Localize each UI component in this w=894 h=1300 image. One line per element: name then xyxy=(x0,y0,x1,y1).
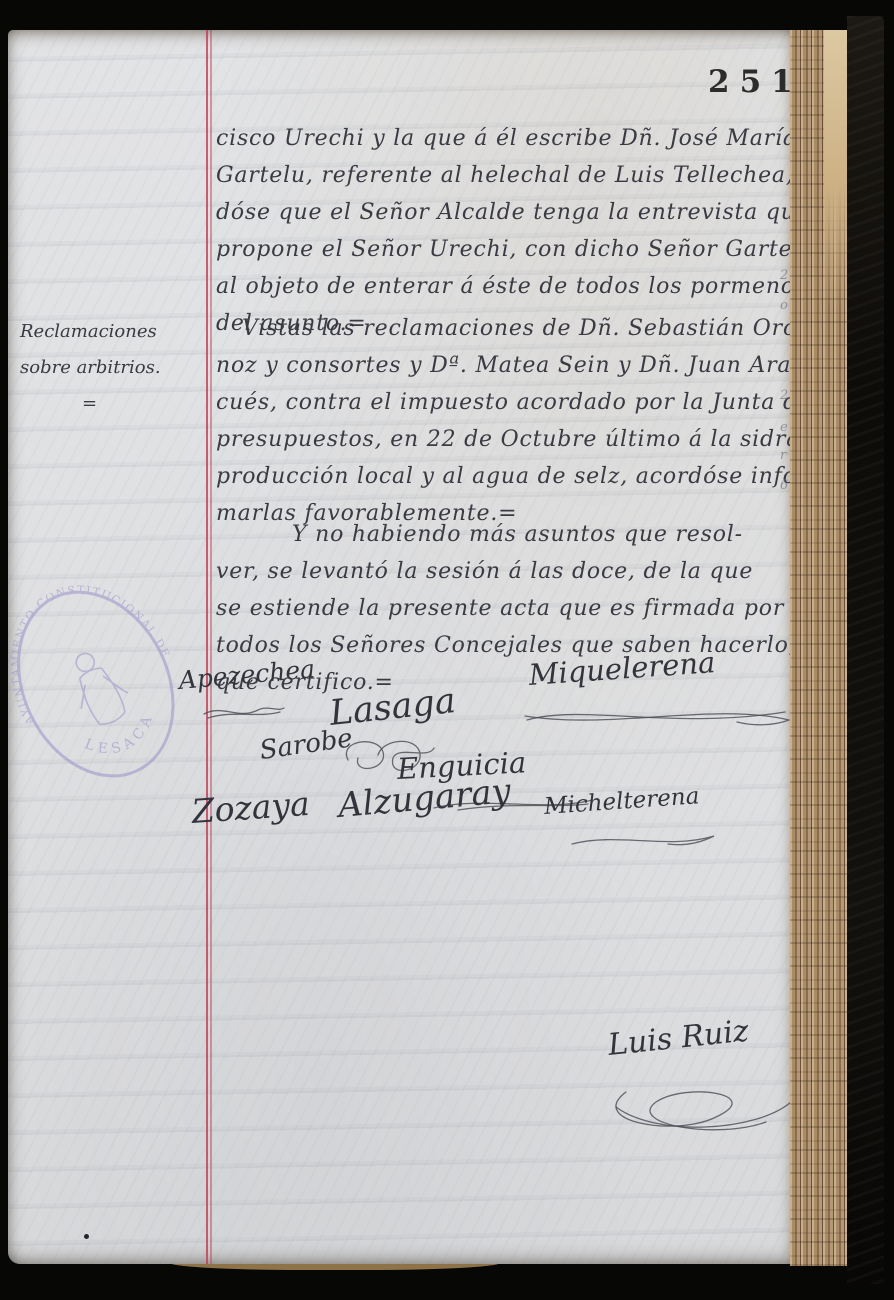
signature-zozaya: Zozaya xyxy=(190,784,311,831)
manuscript-page: 251 cisco Urechi y la que á él escribe D… xyxy=(8,30,790,1264)
text-line: cisco Urechi y la que á él escribe Dñ. J… xyxy=(216,120,791,157)
stamp-figure-emblem xyxy=(60,643,137,731)
signature-michelterena: Michelterena xyxy=(543,783,700,820)
text-line: noz y consortes y Dª. Matea Sein y Dñ. J… xyxy=(216,347,791,384)
edge-ink-mark: o xyxy=(780,298,788,313)
book-cover xyxy=(847,16,884,1284)
text-line: producción local y al agua de selz, acor… xyxy=(216,458,791,495)
edge-ink-mark: 2 xyxy=(780,268,788,283)
text-line: propone el Señor Urechi, con dicho Señor… xyxy=(216,231,791,268)
margin-rule xyxy=(206,30,208,1264)
marginal-note-line: sobre arbitrios. xyxy=(20,350,200,386)
page-corner-highlight xyxy=(824,30,848,310)
book-photo: 251 cisco Urechi y la que á él escribe D… xyxy=(0,0,894,1300)
text-line: dóse que el Señor Alcalde tenga la entre… xyxy=(216,194,791,231)
edge-ink-mark: 2 xyxy=(780,388,788,403)
edge-ink-mark: 6 xyxy=(780,478,788,493)
marginal-note: Reclamaciones sobre arbitrios. = xyxy=(20,314,200,422)
edge-ink-mark: e xyxy=(780,420,788,435)
paragraph-1: cisco Urechi y la que á él escribe Dñ. J… xyxy=(216,120,791,342)
text-line: Vistas las reclamaciones de Dñ. Sebastiá… xyxy=(216,310,791,347)
signature-luis-ruiz: Luis Ruiz xyxy=(606,1013,750,1063)
text-line: se estiende la presente acta que es firm… xyxy=(216,590,791,627)
marginal-note-line: Reclamaciones xyxy=(20,314,200,350)
text-line: presupuestos, en 22 de Octubre último á … xyxy=(216,421,791,458)
edge-ink-mark: r xyxy=(780,448,786,463)
text-line: Y no habiendo más asuntos que resol- xyxy=(216,516,791,553)
signature-alzugaray: Alzugaray xyxy=(337,771,513,826)
text-line: Gartelu, referente al helechal de Luis T… xyxy=(216,157,791,194)
signature-flourish xyxy=(523,700,793,734)
signature-flourish xyxy=(596,1062,806,1142)
text-line: cués, contra el impuesto acordado por la… xyxy=(216,384,791,421)
text-line: al objeto de enterar á éste de todos los… xyxy=(216,268,791,305)
signature-flourish xyxy=(198,702,288,722)
text-line: ver, se levantó la sesión á las doce, de… xyxy=(216,553,791,590)
municipal-stamp: AYUNTAMIENTO CONSTITUCIONAL DE LESACA xyxy=(0,557,213,811)
marginal-note-line: = xyxy=(20,386,200,422)
ink-dot xyxy=(84,1234,89,1239)
margin-rule-inner xyxy=(210,30,212,1264)
paragraph-2: Vistas las reclamaciones de Dñ. Sebastiá… xyxy=(216,310,791,532)
signature-sarobe: Sarobe xyxy=(258,723,355,766)
page-number: 251 xyxy=(708,64,803,100)
signature-flourish xyxy=(568,828,718,854)
